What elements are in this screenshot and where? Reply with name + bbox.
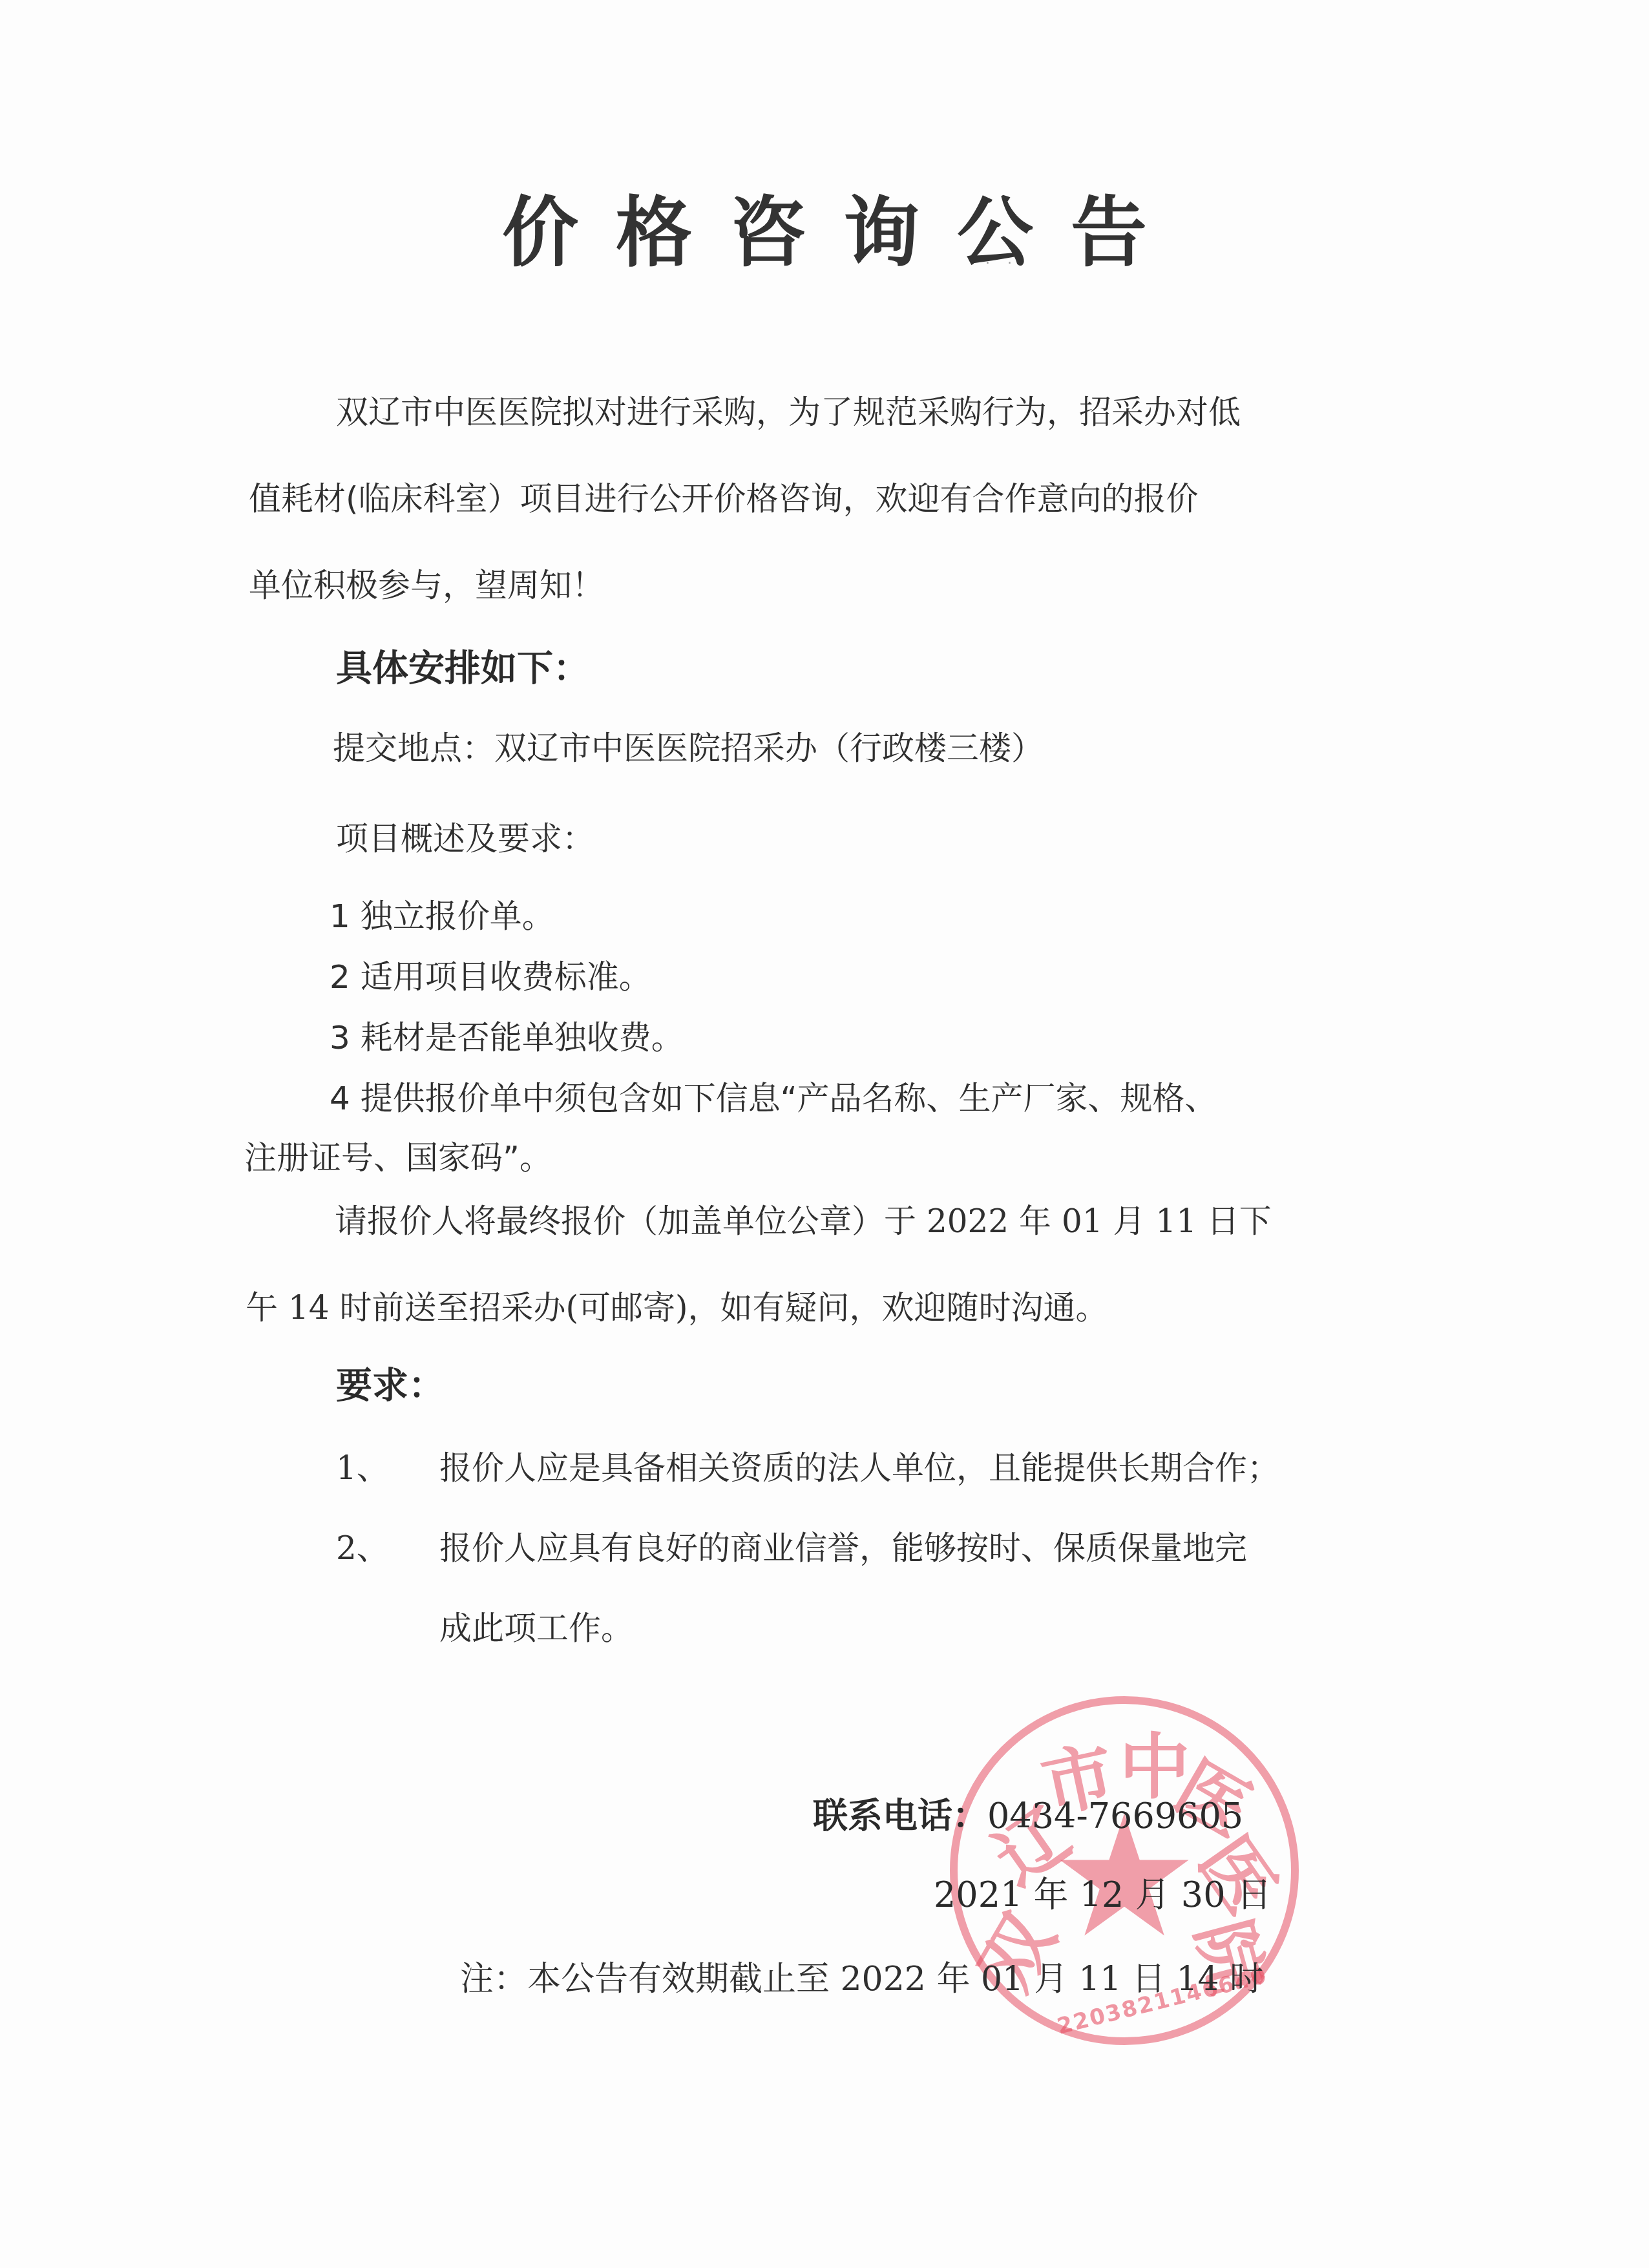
submission-location: 提交地点：双辽市中医医院招采办（行政楼三楼） — [333, 722, 1044, 769]
arrangement-heading: 具体安排如下： — [336, 640, 589, 691]
deadline-line-1: 请报价人将最终报价（加盖单位公章）于 2022 年 01 月 11 日下 — [335, 1195, 1272, 1242]
requirement-2-continued: 成此项工作。 — [439, 1602, 633, 1649]
intro-line-2: 值耗材(临床科室）项目进行公开价格咨询，欢迎有合作意向的报价 — [249, 473, 1199, 520]
requirement-1-text: 报价人应是具备相关资质的法人单位，且能提供长期合作； — [439, 1442, 1279, 1489]
requirement-2-number: 2、 — [336, 1522, 389, 1569]
requirement-1-number: 1、 — [336, 1442, 389, 1489]
contact-line: 联系电话：0434-7669605 — [813, 1789, 1243, 1838]
contact-label: 联系电话： — [813, 1796, 987, 1836]
item-2: 2 适用项目收费标准。 — [330, 951, 651, 998]
validity-note: 注：本公告有效期截止至 2022 年 01 月 11 日 14 时 — [460, 1951, 1263, 2000]
scan-artifact: · · — [985, 255, 1018, 271]
item-3: 3 耗材是否能单独收费。 — [330, 1012, 684, 1058]
intro-line-3: 单位积极参与，望周知！ — [249, 560, 604, 606]
page-title: 价格咨询公告 — [0, 171, 1649, 281]
intro-line-1: 双辽市中医医院拟对进行采购，为了规范采购行为，招采办对低 — [336, 386, 1241, 433]
item-1: 1 独立报价单。 — [330, 890, 554, 937]
scanned-page: 价格咨询公告 · · 双辽市中医医院拟对进行采购，为了规范采购行为，招采办对低 … — [0, 0, 1649, 2268]
overview-heading: 项目概述及要求： — [336, 813, 594, 859]
deadline-line-2: 午 14 时前送至招采办(可邮寄)，如有疑问，欢迎随时沟通。 — [246, 1282, 1108, 1328]
requirement-2-text: 报价人应具有良好的商业信誉，能够按时、保质保量地完 — [439, 1522, 1247, 1569]
item-4: 4 提供报价单中须包含如下信息“产品名称、生产厂家、规格、 — [330, 1073, 1217, 1119]
requirements-heading: 要求： — [336, 1357, 445, 1409]
notice-date: 2021 年 12 月 30 日 — [934, 1867, 1272, 1917]
contact-phone: 0434-7669605 — [987, 1796, 1243, 1836]
item-4-continued: 注册证号、国家码”。 — [244, 1132, 552, 1179]
